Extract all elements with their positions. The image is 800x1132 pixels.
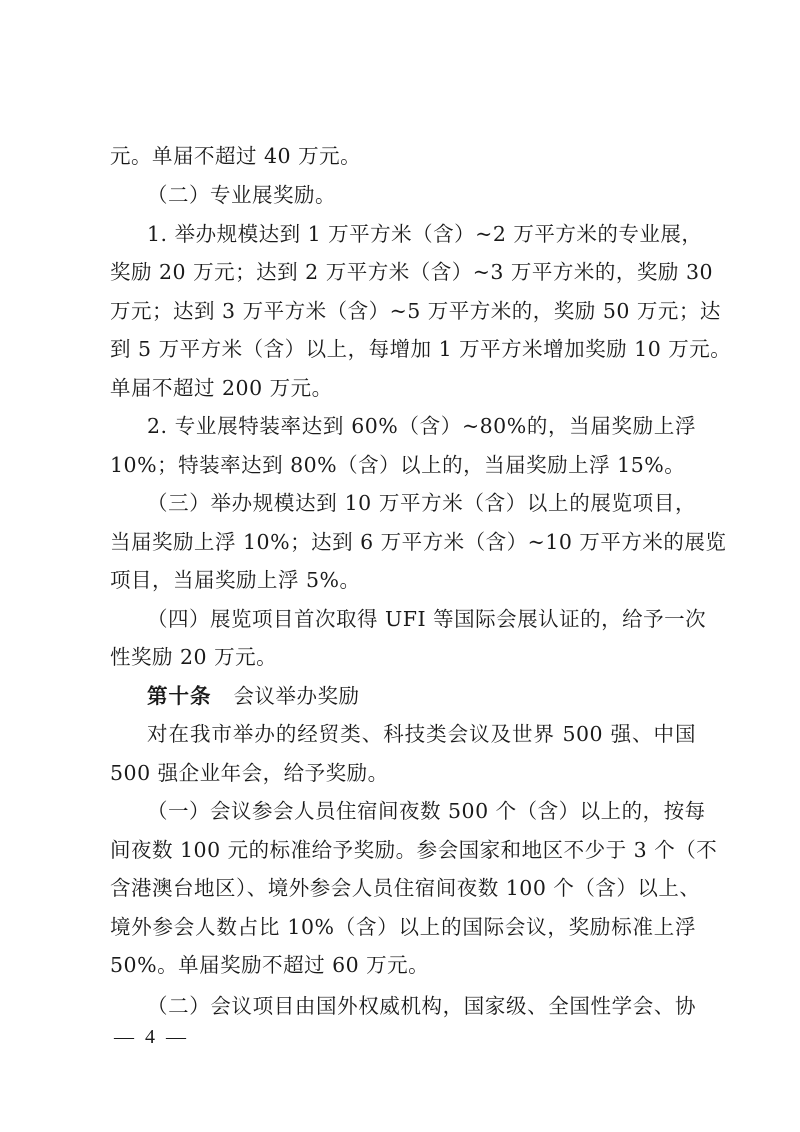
text-line: 间夜数 100 元的标准给予奖励。参会国家和地区不少于 3 个（不	[110, 831, 696, 869]
text-line: （一）会议参会人员住宿间夜数 500 个（含）以上的，按每	[147, 792, 696, 830]
document-page: 元。单届不超过 40 万元。 （二）专业展奖励。 1. 举办规模达到 1 万平方…	[0, 0, 800, 1132]
text-line: 当届奖励上浮 10%；达到 6 万平方米（含）~10 万平方米的展览	[110, 523, 696, 561]
section-heading-exhibition-award: （二）专业展奖励。	[147, 176, 696, 214]
article-title-text: 会议举办奖励	[234, 684, 360, 708]
text-line: 性奖励 20 万元。	[110, 638, 696, 676]
text-line: 元。单届不超过 40 万元。	[110, 137, 696, 175]
text-line: 50%。单届奖励不超过 60 万元。	[110, 946, 696, 984]
text-line: 500 强企业年会，给予奖励。	[110, 754, 696, 792]
text-line: 对在我市举办的经贸类、科技类会议及世界 500 强、中国	[147, 715, 696, 753]
page-number: — 4 —	[114, 1022, 189, 1052]
text-line: 项目，当届奖励上浮 5%。	[110, 561, 696, 599]
text-line: 境外参会人数占比 10%（含）以上的国际会议，奖励标准上浮	[110, 908, 696, 946]
text-line: （二）会议项目由国外权威机构，国家级、全国性学会、协	[147, 987, 696, 1025]
text-line: 含港澳台地区）、境外参会人员住宿间夜数 100 个（含）以上、	[110, 869, 696, 907]
text-line: 万元；达到 3 万平方米（含）~5 万平方米的，奖励 50 万元；达	[110, 292, 696, 330]
text-line: （三）举办规模达到 10 万平方米（含）以上的展览项目，	[147, 484, 696, 522]
text-line: 10%；特装率达到 80%（含）以上的，当届奖励上浮 15%。	[110, 446, 696, 484]
text-line: 奖励 20 万元；达到 2 万平方米（含）~3 万平方米的，奖励 30	[110, 253, 696, 291]
text-line: 单届不超过 200 万元。	[110, 369, 696, 407]
text-line: 到 5 万平方米（含）以上，每增加 1 万平方米增加奖励 10 万元。	[110, 330, 696, 368]
text-line: 2. 专业展特装率达到 60%（含）~80%的，当届奖励上浮	[147, 407, 696, 445]
article-ten-title: 第十条会议举办奖励	[147, 677, 696, 715]
text-line: 1. 举办规模达到 1 万平方米（含）~2 万平方米的专业展，	[147, 215, 696, 253]
text-line: （四）展览项目首次取得 UFI 等国际会展认证的，给予一次	[147, 600, 696, 638]
article-heading: 第十条	[147, 684, 212, 708]
